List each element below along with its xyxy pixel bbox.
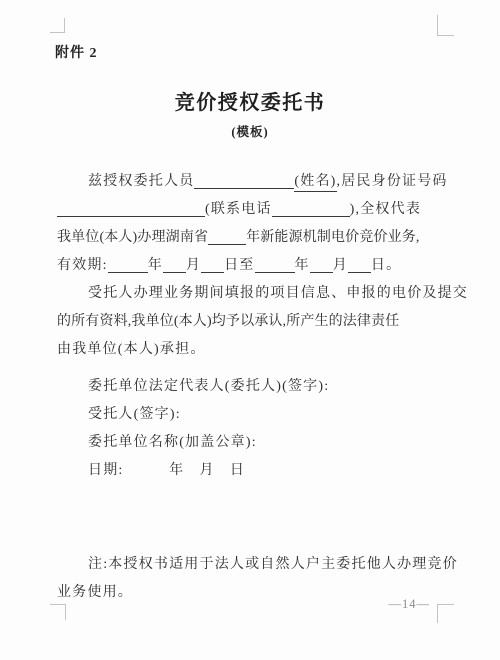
form-line-validity: 有效期:年月日至年月日。 <box>57 252 447 280</box>
document-body: 兹授权委托人员(姓名),居民身份证号码 (联系电话),全权代表 我单位(本人)办… <box>57 168 447 607</box>
form-line-authorized-person: 兹授权委托人员(姓名),居民身份证号码 <box>57 168 447 196</box>
start-month-blank <box>163 257 186 273</box>
line-text: 年 <box>295 258 310 273</box>
end-year-blank <box>255 257 295 273</box>
line-text: 有效期: <box>57 258 108 273</box>
document-subtitle: (模板) <box>0 122 500 140</box>
document-title: 竞价授权委托书 <box>0 86 500 115</box>
line-text: 月 <box>333 258 348 273</box>
end-month-blank <box>310 257 333 273</box>
line-text: 年新能源机制电价竞价业务, <box>246 230 419 245</box>
end-day-blank <box>348 257 371 273</box>
line-text: 年 <box>148 258 163 273</box>
crop-mark-bottom-left <box>50 604 66 620</box>
line-text: 兹授权委托人员 <box>88 174 194 189</box>
signature-line-trustee: 受托人(签字): <box>57 401 447 429</box>
line-text: (联系电话 <box>205 202 272 217</box>
line-text: ,居民身份证号码 <box>337 174 448 189</box>
name-caption: (姓名) <box>294 174 336 192</box>
line-text: 日。 <box>371 258 401 273</box>
line-text: 月 <box>186 258 201 273</box>
liability-line: 的所有资料,我单位(本人)均予以承认,所产生的法律责任 <box>57 308 447 336</box>
crop-mark-top-right <box>437 15 454 36</box>
signature-line-principal: 委托单位法定代表人(委托人)(签字): <box>57 373 447 401</box>
page-number: —14— <box>389 597 431 612</box>
note-line: 注:本授权书适用于法人或自然人户主委托他人办理竞价 <box>57 551 447 579</box>
form-line-business: 我单位(本人)办理湖南省年新能源机制电价竞价业务, <box>57 224 447 252</box>
signature-line-date: 日期: 年 月 日 <box>57 457 447 485</box>
name-blank <box>194 173 294 189</box>
form-line-id-phone: (联系电话),全权代表 <box>57 196 447 224</box>
line-text: 我单位(本人)办理湖南省 <box>57 230 208 245</box>
document-page: 附件 2 竞价授权委托书 (模板) 兹授权委托人员(姓名),居民身份证号码 (联… <box>0 0 500 660</box>
start-year-blank <box>108 257 148 273</box>
crop-mark-bottom-right <box>437 604 454 623</box>
phone-blank <box>272 201 350 217</box>
crop-mark-top-left <box>50 18 65 33</box>
line-text: ),全权代表 <box>350 202 421 217</box>
attachment-label: 附件 2 <box>55 42 500 62</box>
signature-line-unit-seal: 委托单位名称(加盖公章): <box>57 429 447 457</box>
line-text: 日至 <box>224 258 254 273</box>
liability-line: 由我单位(本人)承担。 <box>57 336 447 364</box>
signature-block: 委托单位法定代表人(委托人)(签字): 受托人(签字): 委托单位名称(加盖公章… <box>57 373 447 485</box>
start-day-blank <box>201 257 224 273</box>
id-number-blank <box>57 201 205 217</box>
liability-line: 受托人办理业务期间填报的项目信息、申报的电价及提交 <box>57 280 447 308</box>
business-year-blank <box>208 229 246 245</box>
